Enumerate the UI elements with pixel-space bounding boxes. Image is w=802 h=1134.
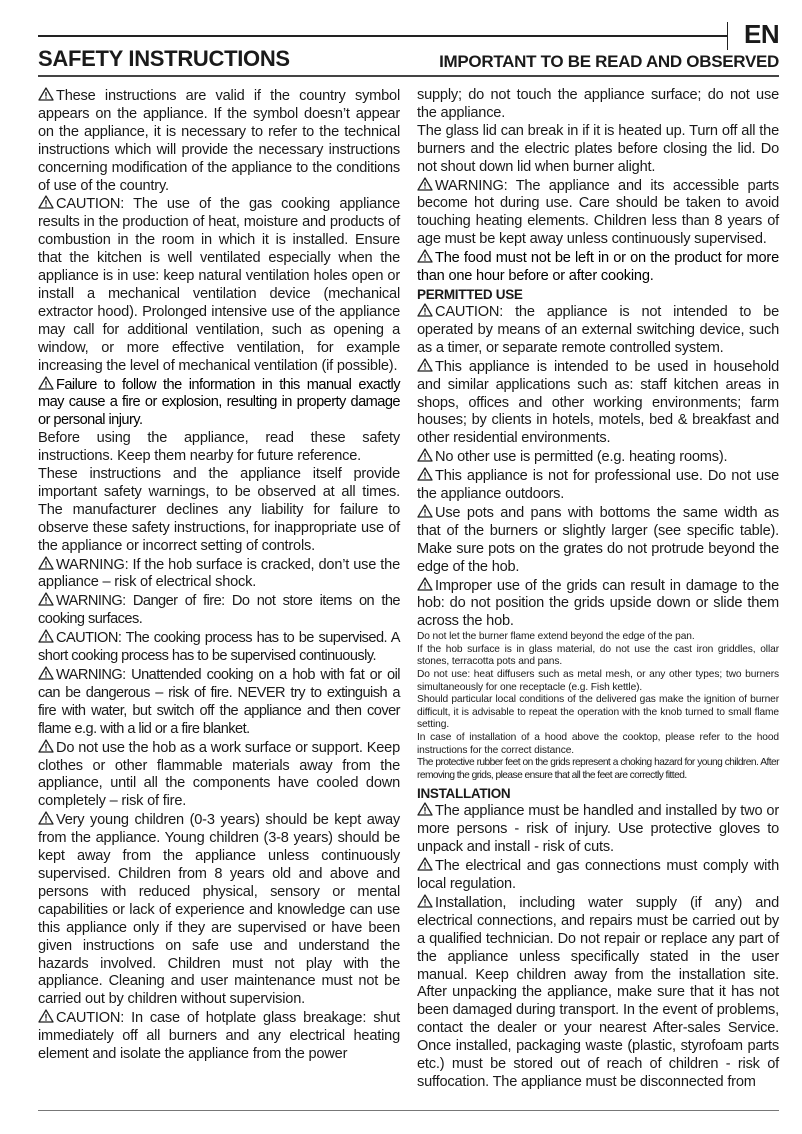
section-heading-installation: INSTALLATION (417, 785, 779, 802)
paragraph-not-professional: This appliance is not for professional u… (417, 467, 779, 504)
header-top-rule (38, 35, 728, 37)
paragraph-fire-danger: WARNING: Danger of fire: Do not store it… (38, 592, 400, 629)
small-print-hood: In case of installation of a hood above … (417, 732, 779, 757)
language-code: EN (744, 19, 779, 50)
warning-triangle-icon (417, 448, 433, 462)
warning-triangle-icon (417, 303, 433, 317)
small-print-rubber-feet: The protective rubber feet on the grids … (417, 757, 779, 782)
warning-triangle-icon (38, 629, 54, 643)
paragraph-fat-oil-fire: WARNING: Unattended cooking on a hob wit… (38, 666, 400, 739)
small-print-diffusers: Do not use: heat diffusers such as metal… (417, 669, 779, 694)
paragraph-external-switch: CAUTION: the appliance is not intended t… (417, 303, 779, 358)
paragraph-food-left: The food must not be left in or on the p… (417, 249, 779, 286)
paragraph-connections: The electrical and gas connections must … (417, 857, 779, 894)
left-column: These instructions are valid if the coun… (38, 87, 400, 1064)
footer-rule (38, 1110, 779, 1111)
warning-triangle-icon (38, 376, 54, 390)
warning-triangle-icon (38, 195, 54, 209)
paragraph-no-other-use: No other use is permitted (e.g. heating … (417, 448, 779, 467)
small-print-glass-hob: If the hob surface is in glass material,… (417, 644, 779, 669)
paragraph-children: Very young children (0-3 years) should b… (38, 811, 400, 1009)
right-column: supply; do not touch the appliance surfa… (417, 87, 779, 1092)
warning-triangle-icon (38, 87, 54, 101)
small-print-ignition: Should particular local conditions of th… (417, 694, 779, 732)
paragraph-hot-parts: WARNING: The appliance and its accessibl… (417, 177, 779, 250)
header-rule-tick (727, 22, 728, 50)
warning-triangle-icon (417, 577, 433, 591)
paragraph-supervised-cooking: CAUTION: The cooking process has to be s… (38, 629, 400, 666)
page-title: SAFETY INSTRUCTIONS (38, 46, 290, 72)
paragraph-liability: These instructions and the appliance its… (38, 466, 400, 556)
paragraph-glass-breakage: CAUTION: In case of hotplate glass break… (38, 1009, 400, 1064)
warning-triangle-icon (38, 556, 54, 570)
warning-triangle-icon (417, 857, 433, 871)
warning-triangle-icon (417, 894, 433, 908)
paragraph-fire-explosion: Failure to follow the information in thi… (38, 376, 400, 431)
warning-triangle-icon (38, 592, 54, 606)
warning-triangle-icon (417, 802, 433, 816)
warning-triangle-icon (38, 1009, 54, 1023)
warning-triangle-icon (417, 467, 433, 481)
small-print-flame: Do not let the burner flame extend beyon… (417, 631, 779, 644)
paragraph-handling: The appliance must be handled and instal… (417, 802, 779, 857)
paragraph-grids: Improper use of the grids can result in … (417, 577, 779, 632)
paragraph-household-use: This appliance is intended to be used in… (417, 358, 779, 449)
warning-triangle-icon (417, 249, 433, 263)
warning-triangle-icon (38, 739, 54, 753)
page-subtitle: IMPORTANT TO BE READ AND OBSERVED (439, 52, 779, 72)
paragraph-country-symbol: These instructions are valid if the coun… (38, 87, 400, 195)
warning-triangle-icon (38, 811, 54, 825)
paragraph-qualified-technician: Installation, including water supply (if… (417, 894, 779, 1092)
warning-triangle-icon (38, 666, 54, 680)
paragraph-gas-ventilation: CAUTION: The use of the gas cooking appl… (38, 195, 400, 375)
paragraph-pots-pans: Use pots and pans with bottoms the same … (417, 504, 779, 577)
paragraph-power-supply: supply; do not touch the appliance surfa… (417, 87, 779, 123)
paragraph-read-instructions: Before using the appliance, read these s… (38, 430, 400, 466)
header-bottom-rule (38, 75, 779, 77)
warning-triangle-icon (417, 504, 433, 518)
paragraph-cracked-surface: WARNING: If the hob surface is cracked, … (38, 556, 400, 593)
paragraph-glass-lid: The glass lid can break in if it is heat… (417, 123, 779, 177)
warning-triangle-icon (417, 358, 433, 372)
warning-triangle-icon (417, 177, 433, 191)
section-heading-permitted-use: PERMITTED USE (417, 286, 779, 303)
paragraph-work-surface: Do not use the hob as a work surface or … (38, 739, 400, 812)
